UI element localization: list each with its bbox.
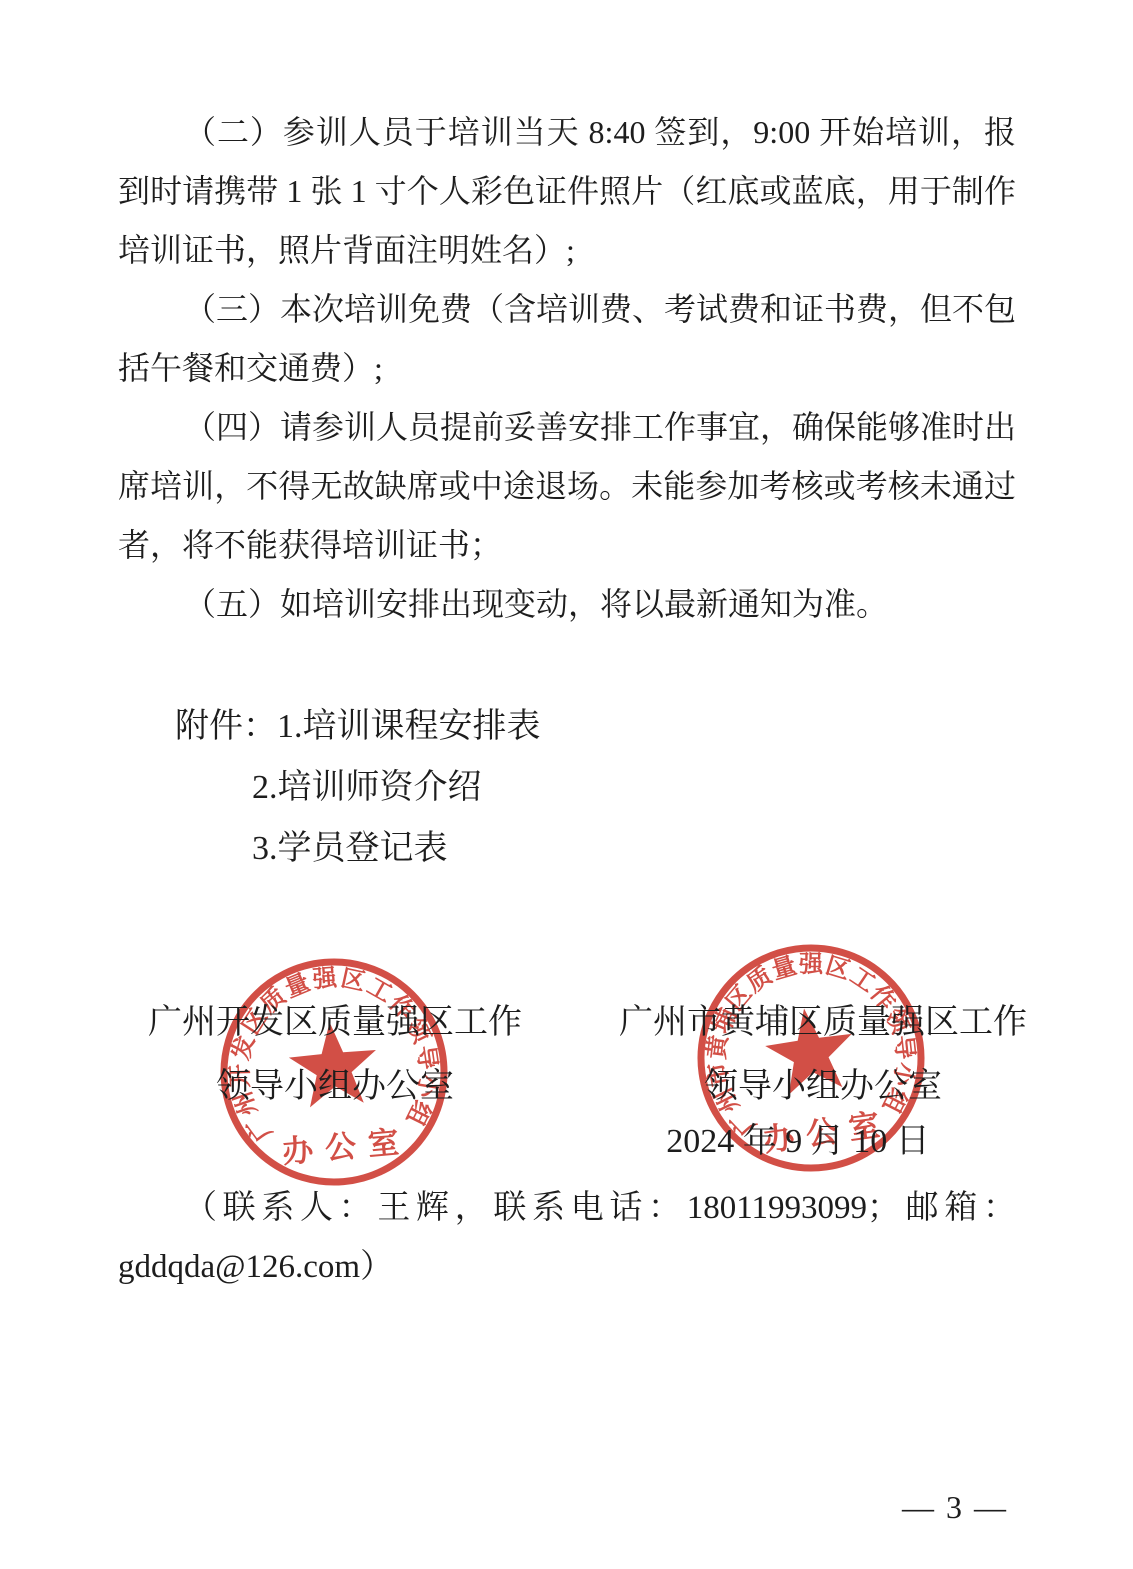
contact-line-1: （联系人：王辉，联系电话：18011993099；邮箱： xyxy=(118,1179,1016,1238)
paragraph-4-line-1: （四）请参训人员提前妥善安排工作事宜，确保能够准时出 xyxy=(118,398,1016,457)
attachment-item-1: 1.培训课程安排表 xyxy=(277,708,541,745)
signer-right-org-line-2: 领导小组办公室 xyxy=(613,1065,1033,1109)
contact-line-2: gddqda@126.com） xyxy=(118,1238,1016,1297)
paragraph-2-line-3: 培训证书，照片背面注明姓名）; xyxy=(118,221,1016,280)
attachments-list: 附件：1.培训课程安排表 2.培训师资介绍 3.学员登记表 xyxy=(175,696,541,879)
paragraph-3-line-2: 括午餐和交通费）; xyxy=(118,339,1016,398)
attachment-item-2: 2.培训师资介绍 xyxy=(175,757,541,818)
attachment-row-1: 附件：1.培训课程安排表 xyxy=(175,696,541,757)
signer-right-org-line-1: 广州市黄埔区质量强区工作 xyxy=(613,1001,1033,1045)
signer-left-org-line-1: 广州开发区质量强区工作 xyxy=(125,1001,545,1045)
paragraph-3-line-1: （三）本次培训免费（含培训费、考试费和证书费，但不包 xyxy=(118,280,1016,339)
paragraph-5-line-1: （五）如培训安排出现变动，将以最新通知为准。 xyxy=(118,575,1016,634)
signer-left-org-line-2: 领导小组办公室 xyxy=(125,1065,545,1109)
paragraph-2-line-1: （二）参训人员于培训当天 8:40 签到，9:00 开始培训，报 xyxy=(118,103,1016,162)
attachment-item-3: 3.学员登记表 xyxy=(175,818,541,879)
paragraph-4-line-3: 者，将不能获得培训证书； xyxy=(118,516,1016,575)
document-page: （二）参训人员于培训当天 8:40 签到，9:00 开始培训，报 到时请携带 1… xyxy=(0,0,1133,1569)
contact-info: （联系人：王辉，联系电话：18011993099；邮箱： gddqda@126.… xyxy=(118,1179,1016,1297)
paragraph-2-line-2: 到时请携带 1 张 1 寸个人彩色证件照片（红底或蓝底，用于制作 xyxy=(118,162,1016,221)
body-text: （二）参训人员于培训当天 8:40 签到，9:00 开始培训，报 到时请携带 1… xyxy=(118,103,1016,634)
page-number: — 3 — xyxy=(880,1489,1030,1525)
attachments-label: 附件： xyxy=(175,708,277,745)
signature-date: 2024 年 9 月 10 日 xyxy=(588,1120,1008,1164)
paragraph-4-line-2: 席培训，不得无故缺席或中途退场。未能参加考核或考核未通过 xyxy=(118,457,1016,516)
